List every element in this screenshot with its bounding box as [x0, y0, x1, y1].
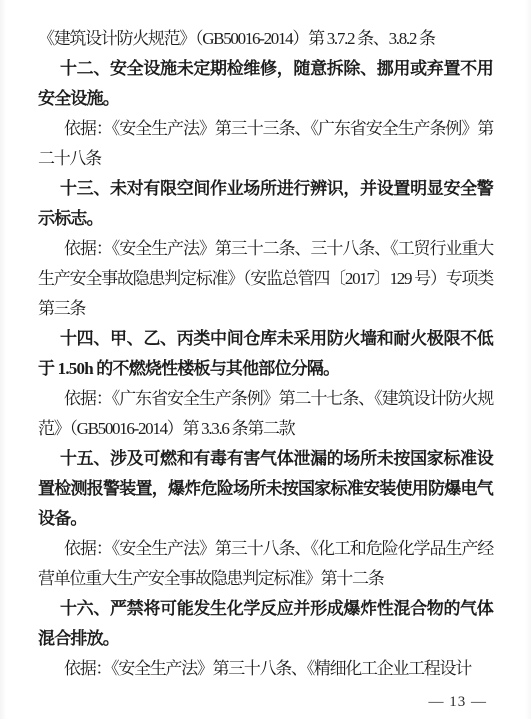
citation-continuation-from-previous-page: 《建筑设计防火规范》（GB50016-2014）第 3.7.2 条、3.8.2 …: [38, 24, 493, 54]
legal-basis-item-13: 依据：《安全生产法》第三十二条、三十八条、《工贸行业重大生产安全事故隐患判定标准…: [38, 234, 493, 324]
legal-basis-item-16-cut-off: 依据：《安全生产法》第三十八条、《精细化工企业工程设计: [38, 654, 493, 684]
legal-basis-item-12: 依据：《安全生产法》第三十三条、《广东省安全生产条例》第二十八条: [38, 114, 493, 174]
hazard-item-15: 十五、涉及可燃和有毒有害气体泄漏的场所未按国家标准设置检测报警装置，爆炸危险场所…: [38, 444, 493, 534]
hazard-item-16: 十六、严禁将可能发生化学反应并形成爆炸性混合物的气体混合排放。: [38, 594, 493, 654]
document-body: 《建筑设计防火规范》（GB50016-2014）第 3.7.2 条、3.8.2 …: [38, 24, 493, 684]
page-number: — 13 —: [429, 694, 488, 711]
hazard-item-12: 十二、安全设施未定期检维修，随意拆除、挪用或弃置不用安全设施。: [38, 54, 493, 114]
hazard-item-13: 十三、未对有限空间作业场所进行辨识，并设置明显安全警示标志。: [38, 174, 493, 234]
document-page: 《建筑设计防火规范》（GB50016-2014）第 3.7.2 条、3.8.2 …: [0, 0, 531, 719]
legal-basis-item-15: 依据：《安全生产法》第三十八条、《化工和危险化学品生产经营单位重大生产安全事故隐…: [38, 534, 493, 594]
hazard-item-14: 十四、甲、乙、丙类中间仓库未采用防火墙和耐火极限不低于 1.50h 的不燃烧性楼…: [38, 324, 493, 384]
legal-basis-item-14: 依据：《广东省安全生产条例》第二十七条、《建筑设计防火规范》（GB50016-2…: [38, 384, 493, 444]
